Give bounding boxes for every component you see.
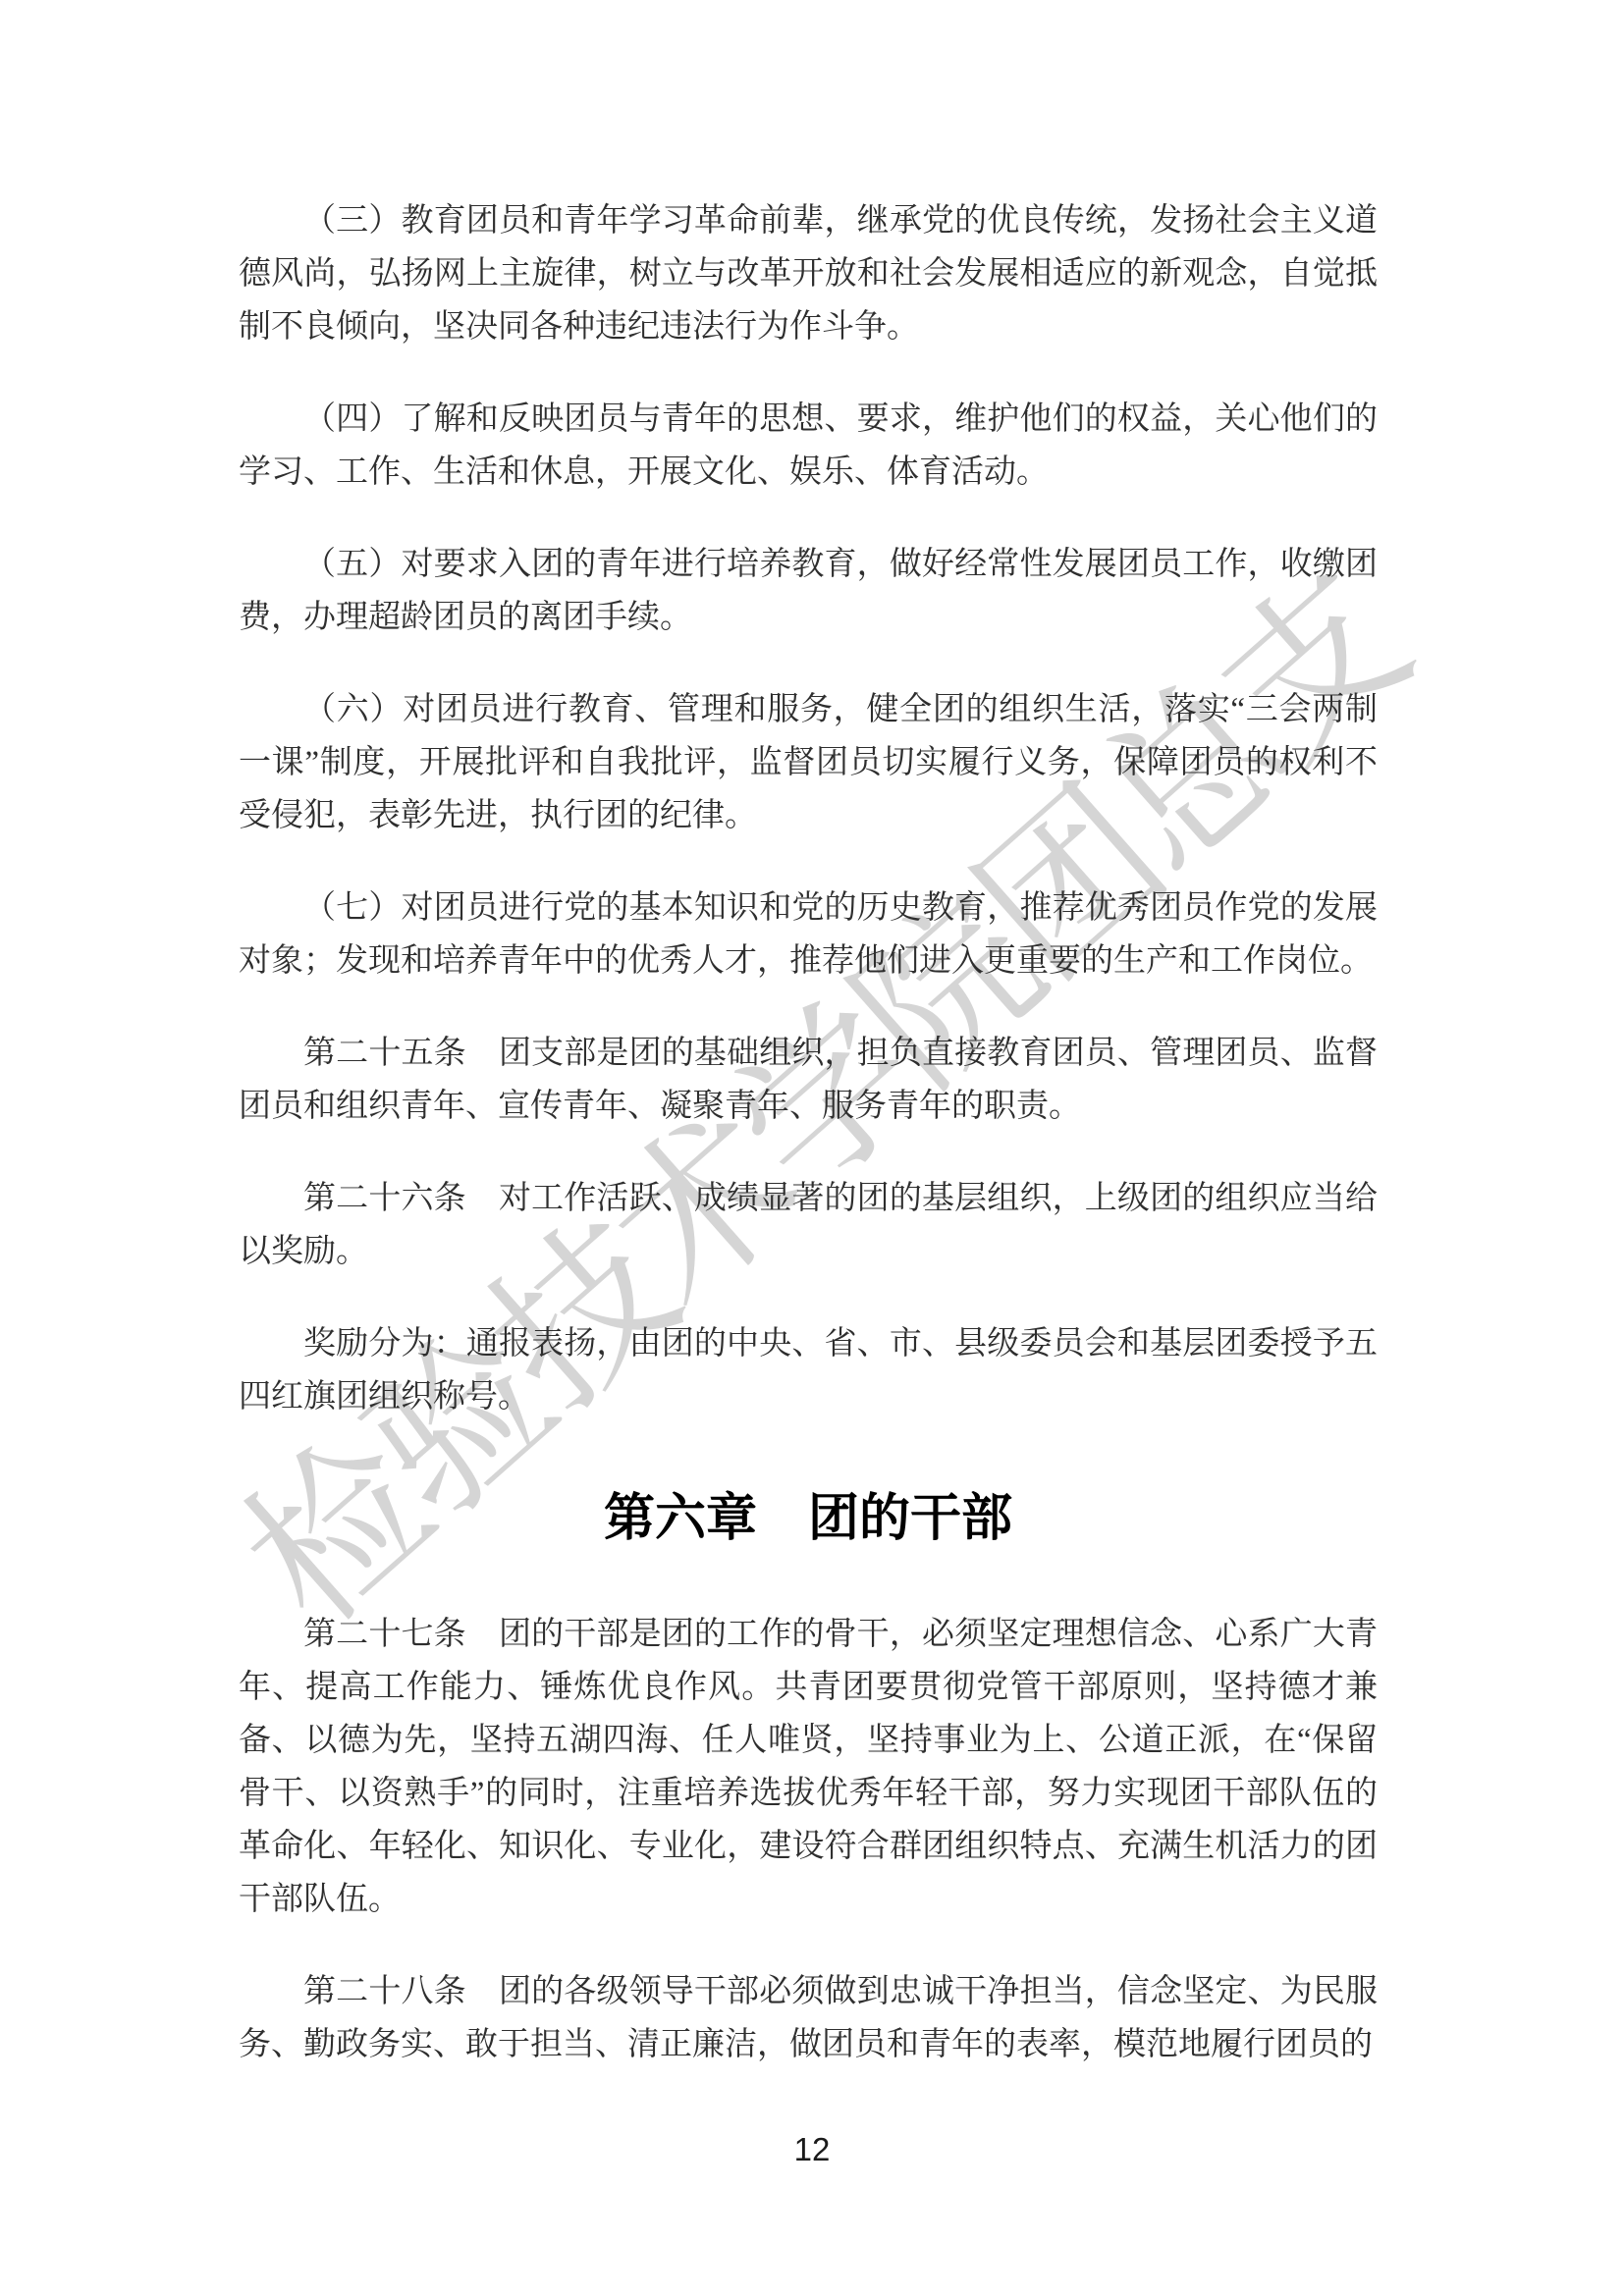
- chapter-heading: 第六章 团的干部: [239, 1477, 1378, 1561]
- body-paragraph: 奖励分为：通报表扬，由团的中央、省、市、县级委员会和基层团委授予五四红旗团组织称…: [239, 1317, 1378, 1423]
- body-paragraph: 第二十八条 团的各级领导干部必须做到忠诚干净担当，信念坚定、为民服务、勤政务实、…: [239, 1965, 1378, 2071]
- document-page: 检验技术学院团总支 （三）教育团员和青年学习革命前辈，继承党的优良传统，发扬社会…: [0, 0, 1624, 2296]
- document-body: （三）教育团员和青年学习革命前辈，继承党的优良传统，发扬社会主义道德风尚，弘扬网…: [239, 194, 1378, 2110]
- body-paragraph: （三）教育团员和青年学习革命前辈，继承党的优良传统，发扬社会主义道德风尚，弘扬网…: [239, 194, 1378, 353]
- page-number: 12: [0, 2132, 1624, 2167]
- body-paragraph: （六）对团员进行教育、管理和服务，健全团的组织生活，落实“三会两制一课”制度，开…: [239, 683, 1378, 842]
- body-paragraph: （五）对要求入团的青年进行培养教育，做好经常性发展团员工作，收缴团费，办理超龄团…: [239, 538, 1378, 644]
- body-paragraph: 第二十七条 团的干部是团的工作的骨干，必须坚定理想信念、心系广大青年、提高工作能…: [239, 1608, 1378, 1926]
- body-paragraph: （四）了解和反映团员与青年的思想、要求，维护他们的权益，关心他们的学习、工作、生…: [239, 393, 1378, 499]
- body-paragraph: 第二十五条 团支部是团的基础组织，担负直接教育团员、管理团员、监督团员和组织青年…: [239, 1027, 1378, 1133]
- body-paragraph: （七）对团员进行党的基本知识和党的历史教育，推荐优秀团员作党的发展对象；发现和培…: [239, 881, 1378, 988]
- body-paragraph: 第二十六条 对工作活跃、成绩显著的团的基层组织，上级团的组织应当给以奖励。: [239, 1172, 1378, 1278]
